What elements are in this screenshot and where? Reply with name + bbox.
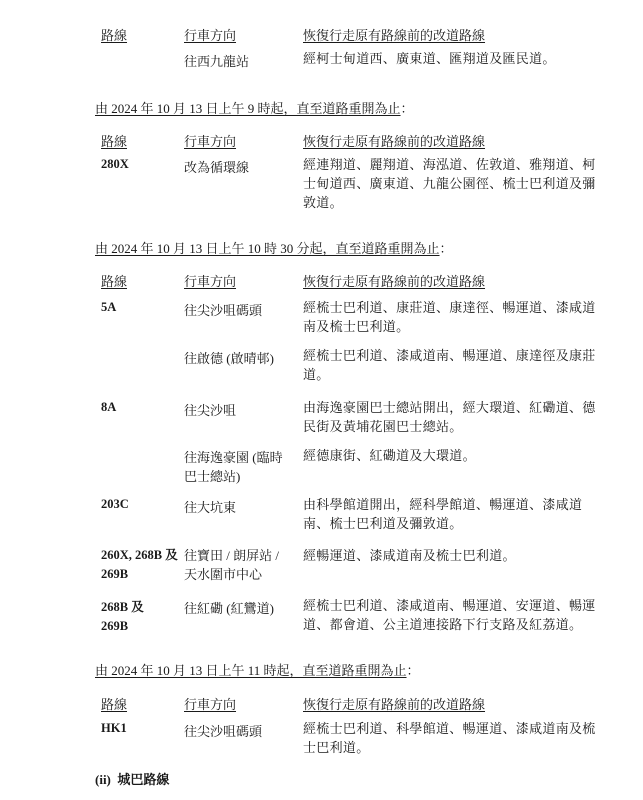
header-direction: 行車方向 [184,694,236,713]
direction-cell: 往尖沙咀碼頭 [184,721,262,740]
diversion-cell: 經梳士巴利道、科學館道、暢運道、漆咸道南及梳士巴利道。 [303,719,603,757]
direction-cell: 往尖沙咀 [184,400,236,419]
header-direction: 行車方向 [184,131,236,150]
direction-cell: 往西九龍站 [184,51,249,70]
direction-cell: 往大坑東 [184,497,236,516]
subheading-title: 城巴路線 [117,773,169,788]
diversion-cell: 由科學館道開出，經科學館道、暢運道、漆咸道南、梳士巴利道及彌敦道。 [303,495,603,533]
diversion-cell: 經梳士巴利道、漆咸道南、暢運道、康達徑及康莊道。 [303,346,603,384]
header-route: 路線 [101,694,127,713]
direction-cell: 往尖沙咀碼頭 [184,300,262,319]
subheading-number: (ii) [95,772,111,787]
direction-cell: 改為循環線 [184,157,249,176]
subheading: (ii) 城巴路線 [95,769,169,788]
direction-cell: 往海逸豪園 (臨時巴士總站) [184,448,294,486]
route-cell: HK1 [101,721,127,736]
route-cell: 5A [101,300,116,315]
header-diversion: 恢復行走原有路線前的改道路線 [303,694,485,713]
header-route: 路線 [101,271,127,290]
route-cell: 280X [101,157,129,172]
route-cell: 203C [101,497,129,512]
direction-cell: 往寶田 / 朗屏站 / 天水圍市中心 [184,546,289,584]
header-diversion: 恢復行走原有路線前的改道路線 [303,25,485,44]
direction-cell: 往紅磡 (紅鸞道) [184,598,274,617]
route-cell: 268B 及 269B [101,598,165,636]
header-route: 路線 [101,25,127,44]
diversion-cell: 經德康街、紅磡道及大環道。 [303,446,603,465]
header-direction: 行車方向 [184,25,236,44]
diversion-cell: 經梳士巴利道、康莊道、康達徑、暢運道、漆咸道南及梳士巴利道。 [303,298,603,336]
header-diversion: 恢復行走原有路線前的改道路線 [303,131,485,150]
diversion-cell: 經暢運道、漆咸道南及梳士巴利道。 [303,546,603,565]
route-cell: 260X, 268B 及 269B [101,546,181,584]
diversion-cell: 經梳士巴利道、漆咸道南、暢運道、安運道、暢運道、都會道、公主道連接路下行支路及紅… [303,596,603,634]
diversion-cell: 經柯士甸道西、廣東道、匯翔道及匯民道。 [303,49,603,68]
section-title-9am: 由 2024 年 10 月 13 日上午 9 時起，直至道路重開為止： [95,98,414,117]
header-diversion: 恢復行走原有路線前的改道路線 [303,271,485,290]
header-direction: 行車方向 [184,271,236,290]
header-route: 路線 [101,131,127,150]
direction-cell: 往啟德 (啟晴邨) [184,348,274,367]
section-title-1030am: 由 2024 年 10 月 13 日上午 10 時 30 分起，直至道路重開為止… [95,238,453,257]
route-cell: 8A [101,400,116,415]
diversion-cell: 經連翔道、麗翔道、海泓道、佐敦道、雅翔道、柯士甸道西、廣東道、九龍公園徑、梳士巴… [303,155,603,212]
diversion-cell: 由海逸豪園巴士總站開出，經大環道、紅磡道、德民街及黃埔花園巴士總站。 [303,398,603,436]
section-title-11am: 由 2024 年 10 月 13 日上午 11 時起，直至道路重開為止： [95,660,420,679]
